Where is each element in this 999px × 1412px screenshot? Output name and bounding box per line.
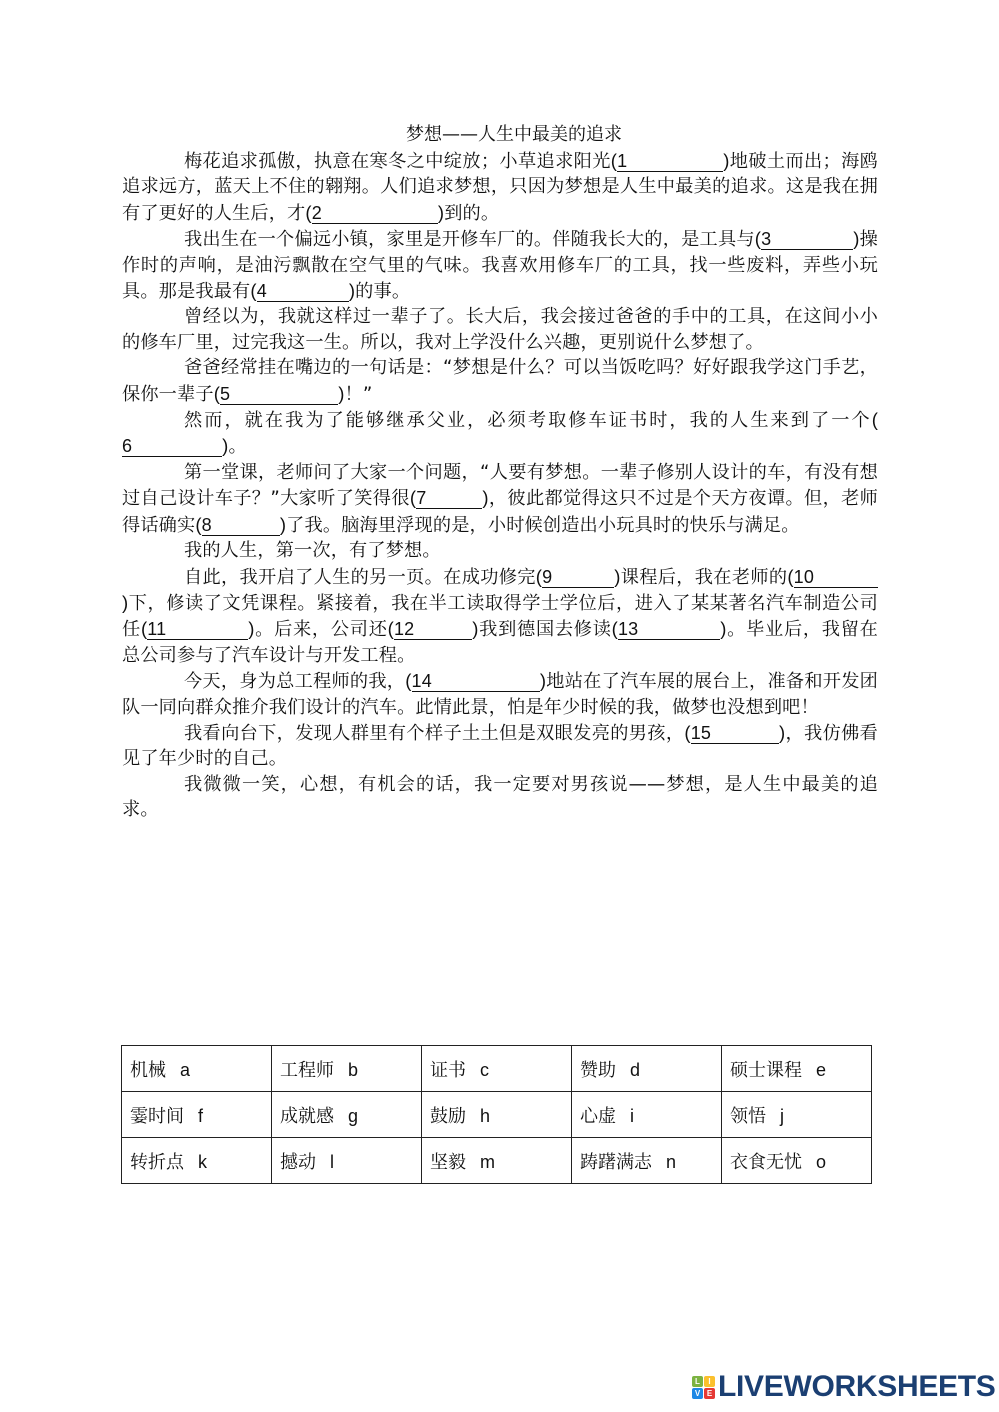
blank-number: 5 [220,384,230,404]
word-bank-table: 机械a工程师b证书c赞助d硕士课程e霎时间f成就感g鼓励h心虚i领悟j转折点k撼… [121,1045,872,1184]
blank-number: 11 [147,619,166,639]
word-option: 踌躇满志n [572,1138,722,1184]
open-paren: ( [872,409,878,430]
option-word: 衣食无忧 [730,1152,802,1173]
option-letter: f [198,1106,203,1126]
word-option: 机械a [122,1046,272,1092]
blank-number: 7 [416,488,426,508]
option-letter: g [348,1106,358,1126]
option-letter: j [780,1106,784,1126]
answer-blank-10[interactable]: 10 [794,568,878,588]
answer-blank-3[interactable]: 3 [761,230,853,250]
answer-blank-7[interactable]: 7 [416,489,482,509]
passage-text: 我到德国去修读 [479,619,612,640]
answer-blank-9[interactable]: 9 [542,568,614,588]
paragraph: 第一堂课，老师问了大家一个问题，“人要有梦想。一辈子修别人设计的车，有没有想过自… [122,460,878,538]
option-word: 霎时间 [130,1106,184,1127]
blank-number: 12 [394,619,414,639]
passage-text: 。 [228,436,246,457]
passage-text: 的事。 [355,281,410,302]
blank-number: 9 [542,567,552,587]
paragraph: 我的人生，第一次，有了梦想。 [122,538,878,563]
word-option: 领悟j [722,1092,872,1138]
document-title: 梦想——人生中最美的追求 [122,122,878,148]
option-letter: b [348,1060,358,1080]
option-word: 硕士课程 [730,1060,802,1081]
word-option: 心虚i [572,1092,722,1138]
answer-blank-14[interactable]: 14 [412,672,540,692]
word-option: 工程师b [272,1046,422,1092]
blank-number: 1 [617,151,627,171]
option-letter: c [480,1060,489,1080]
blank-number: 15 [691,723,711,743]
option-letter: m [480,1152,495,1172]
blank-number: 2 [312,203,322,223]
paragraph: 然而，就在我为了能够继承父业，必须考取修车证书时，我的人生来到了一个(6)。 [122,407,878,460]
option-letter: o [816,1152,826,1172]
passage-text: 我出生在一个偏远小镇，家里是开修车厂的。伴随我长大的，是工具与 [184,229,755,250]
option-word: 工程师 [280,1060,334,1081]
option-word: 机械 [130,1060,166,1081]
option-word: 撼动 [280,1152,316,1173]
word-option: 转折点k [122,1138,272,1184]
option-letter: i [630,1106,634,1126]
paragraph: 我微微一笑，心想，有机会的话，我一定要对男孩说——梦想，是人生中最美的追求。 [122,772,878,823]
paragraph: 曾经以为，我就这样过一辈子了。长大后，我会接过爸爸的手中的工具，在这间小小的修车… [122,304,878,355]
badge-letter-e: E [704,1388,715,1399]
badge-letter-v: V [692,1388,703,1399]
answer-blank-2[interactable]: 2 [312,204,438,224]
word-option: 鼓励h [422,1092,572,1138]
option-letter: h [480,1106,490,1126]
answer-blank-1[interactable]: 1 [617,152,723,172]
passage-text: 课程后，我在老师的 [621,567,788,588]
option-letter: k [198,1152,207,1172]
paragraph: 爸爸经常挂在嘴边的一句话是：“梦想是什么？可以当饭吃吗？好好跟我学这门手艺，保你… [122,355,878,407]
liveworksheets-logo: L I V E LIVEWORKSHEETS [692,1372,996,1402]
paragraph: 我出生在一个偏远小镇，家里是开修车厂的。伴随我长大的，是工具与(3)操作时的声响… [122,226,878,304]
answer-blank-15[interactable]: 15 [691,724,779,744]
answer-blank-6[interactable]: 6 [122,437,222,457]
passage-text: 我的人生，第一次，有了梦想。 [184,540,441,561]
blank-number: 10 [794,567,814,587]
option-word: 鼓励 [430,1106,466,1127]
badge-letter-i: I [704,1376,715,1387]
passage-text: 到的。 [444,203,499,224]
blank-number: 3 [761,229,771,249]
word-bank-row: 霎时间f成就感g鼓励h心虚i领悟j [122,1092,872,1138]
blank-number: 4 [257,281,267,301]
passage-text: 然而，就在我为了能够继承父业，必须考取修车证书时，我的人生来到了一个 [184,410,872,431]
word-option: 撼动l [272,1138,422,1184]
option-word: 踌躇满志 [580,1152,652,1173]
passage: 梅花追求孤傲，执意在寒冬之中绽放；小草追求阳光(1)地破土而出；海鸥追求远方，蓝… [122,148,878,823]
live-badge-icon: L I V E [692,1376,715,1399]
passage-text: 我微微一笑，心想，有机会的话，我一定要对男孩说——梦想，是人生中最美的追求。 [122,774,878,820]
paragraph: 自此，我开启了人生的另一页。在成功修完(9)课程后，我在老师的(10)下，修读了… [122,564,878,669]
word-option: 硕士课程e [722,1046,872,1092]
answer-blank-12[interactable]: 12 [394,620,472,640]
answer-blank-11[interactable]: 11 [147,620,248,640]
blank-number: 6 [122,436,132,456]
word-option: 衣食无忧o [722,1138,872,1184]
option-letter: a [180,1060,190,1080]
passage-text: 今天，身为总工程师的我， [184,671,405,692]
option-word: 领悟 [730,1106,766,1127]
word-option: 赞助d [572,1046,722,1092]
paragraph: 梅花追求孤傲，执意在寒冬之中绽放；小草追求阳光(1)地破土而出；海鸥追求远方，蓝… [122,148,878,226]
passage-text: 我看向台下，发现人群里有个样子土土但是双眼发亮的男孩， [184,723,684,744]
blank-number: 8 [202,515,212,535]
brand-name: LIVEWORKSHEETS [718,1372,996,1402]
word-option: 坚毅m [422,1138,572,1184]
badge-letter-l: L [692,1376,703,1387]
option-letter: d [630,1060,640,1080]
passage-text: 梅花追求孤傲，执意在寒冬之中绽放；小草追求阳光 [184,151,611,172]
passage-text: 曾经以为，我就这样过一辈子了。长大后，我会接过爸爸的手中的工具，在这间小小的修车… [122,306,878,352]
option-word: 坚毅 [430,1152,466,1173]
option-letter: e [816,1060,826,1080]
word-option: 证书c [422,1046,572,1092]
word-option: 成就感g [272,1092,422,1138]
answer-blank-13[interactable]: 13 [618,620,720,640]
answer-blank-5[interactable]: 5 [220,385,338,405]
passage-text: 了我。脑海里浮现的是，小时候创造出小玩具时的快乐与满足。 [286,515,799,536]
option-word: 证书 [430,1060,466,1081]
paragraph: 今天，身为总工程师的我，(14)地站在了汽车展的展台上，准备和开发团队一同向群众… [122,668,878,720]
word-option: 霎时间f [122,1092,272,1138]
passage-text: 。后来，公司还 [255,619,388,640]
option-word: 转折点 [130,1152,184,1173]
option-word: 赞助 [580,1060,616,1081]
paragraph: 我看向台下，发现人群里有个样子土土但是双眼发亮的男孩，(15)，我仿佛看见了年少… [122,720,878,772]
worksheet-page: 梦想——人生中最美的追求 梅花追求孤傲，执意在寒冬之中绽放；小草追求阳光(1)地… [122,122,878,823]
option-letter: n [666,1152,676,1172]
answer-blank-8[interactable]: 8 [202,516,280,536]
blank-number: 14 [412,671,432,691]
option-word: 成就感 [280,1106,334,1127]
option-word: 心虚 [580,1106,616,1127]
answer-blank-4[interactable]: 4 [257,282,349,302]
blank-number: 13 [618,619,638,639]
option-letter: l [330,1152,334,1172]
word-bank-row: 机械a工程师b证书c赞助d硕士课程e [122,1046,872,1092]
passage-text: ！” [345,384,373,405]
word-bank-row: 转折点k撼动l坚毅m踌躇满志n衣食无忧o [122,1138,872,1184]
passage-text: 自此，我开启了人生的另一页。在成功修完 [184,567,536,588]
